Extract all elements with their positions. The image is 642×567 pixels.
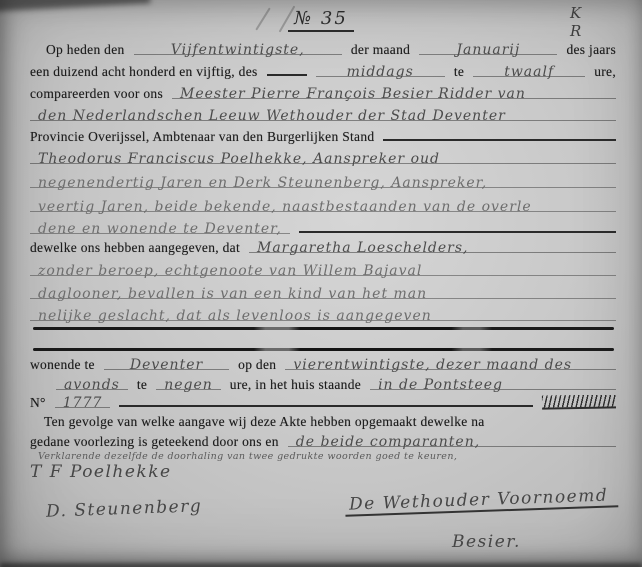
crossed-out-printed-line <box>33 327 614 330</box>
crossed-out-printed-line <box>33 348 614 351</box>
handwritten-official-name: Meester Pierre François Besier Ridder va… <box>172 86 616 102</box>
form-line-time-house: avonds te negen ure, in het huis staande… <box>30 377 616 393</box>
handwritten-stillborn-statement: nelijke geslacht, dat als levenloos is a… <box>30 308 616 324</box>
handwritten-daypart-2: avonds <box>56 377 128 393</box>
handwritten-street: in de Pontsteeg <box>370 377 616 393</box>
blank-rule <box>383 129 616 141</box>
form-line-birth-detail-1: daglooner, bevallen is van een kind van … <box>30 286 616 302</box>
handwritten-hour: twaalf <box>473 64 585 80</box>
handwritten-hour-2: negen <box>156 377 221 393</box>
printed-text: N° <box>30 395 46 411</box>
form-line-declarant-3: veertig Jaren, beide bekende, naastbesta… <box>30 199 616 215</box>
form-line-province: Provincie Overijssel, Ambtenaar van den … <box>30 129 616 145</box>
form-line-official-2: den Nederlandschen Leeuw Wethouder der S… <box>30 108 616 124</box>
handwritten-mother-detail: zonder beroep, echtgenoote van Willem Ba… <box>30 263 616 279</box>
printed-text: ure, in het huis staande <box>230 377 361 393</box>
form-line-closing-2: gedane voorlezing is geteekend door ons … <box>30 434 616 450</box>
form-line-place-date: wonende te Deventer op den vierentwintig… <box>30 357 616 373</box>
printed-text: op den <box>238 357 276 373</box>
handwritten-daypart: middags <box>316 64 445 80</box>
signature-declarant1: T F Poelhekke <box>30 462 172 482</box>
handwritten-correction-note: Verklarende dezelfde de doorhaling van t… <box>30 451 465 462</box>
printed-text: wonende te <box>30 357 95 373</box>
handwritten-mother-name: Margaretha Loeschelders, <box>249 240 616 256</box>
handwritten-event-date: vierentwintigste, dezer maand des <box>285 357 616 373</box>
printed-text: Ten gevolge van welke aangave wij deze A… <box>44 414 485 430</box>
form-line-birth-detail-2: nelijke geslacht, dat als levenloos is a… <box>30 308 616 324</box>
form-line-declaration: dewelke ons hebben aangegeven, dat Marga… <box>30 240 616 256</box>
handwritten-declarant1: Theodorus Franciscus Poelhekke, Aansprek… <box>30 151 616 167</box>
form-line-closing-1: Ten gevolge van welke aangave wij deze A… <box>30 414 616 430</box>
printed-text: compareerden voor ons <box>30 86 163 102</box>
printed-text: Op heden den <box>46 42 125 58</box>
printed-text: een duizend acht honderd en vijftig, des <box>30 64 258 80</box>
blank-rule <box>299 221 616 233</box>
printed-text: ure, <box>594 64 616 80</box>
form-line-mother-detail: zonder beroep, echtgenoote van Willem Ba… <box>30 263 616 279</box>
signature-declarant2: D. Steunenberg <box>46 496 203 521</box>
handwritten-city: Deventer <box>104 357 229 373</box>
form-line-house-number: N° 1777 <box>30 395 616 411</box>
corner-mark: K R <box>570 4 642 40</box>
handwritten-month: Januarij <box>419 42 557 58</box>
printed-text: gedane voorlezing is geteekend door ons … <box>30 434 279 450</box>
scribbled-out-word <box>542 395 616 410</box>
printed-text: Provincie Overijssel, Ambtenaar van den … <box>30 129 374 145</box>
printed-text: der maand <box>351 42 410 58</box>
form-line-declarant-2: negenendertig Jaren en Derk Steunenberg,… <box>30 175 616 191</box>
act-number: № 35 <box>0 8 642 29</box>
handwritten-official-title: den Nederlandschen Leeuw Wethouder der S… <box>30 108 616 124</box>
printed-text: des jaars <box>566 42 616 58</box>
signature-official-title: De Wethouder Voornoemd <box>345 485 619 515</box>
official-title-text: De Wethouder Voornoemd <box>345 485 619 517</box>
handwritten-declarant2: negenendertig Jaren en Derk Steunenberg,… <box>30 175 616 191</box>
printed-text: te <box>454 64 464 80</box>
blank-rule <box>119 395 533 407</box>
handwritten-birth-detail: daglooner, bevallen is van een kind van … <box>30 286 616 302</box>
form-line-year-time: een duizend acht honderd en vijftig, des… <box>30 64 616 80</box>
signature-official-name: Besier. <box>452 532 521 552</box>
printed-text: dewelke ons hebben aangegeven, dat <box>30 240 240 256</box>
form-line-declarant-1: Theodorus Franciscus Poelhekke, Aansprek… <box>30 151 616 167</box>
handwritten-signers: de beide comparanten, <box>288 434 616 450</box>
form-line-marginal-note: Verklarende dezelfde de doorhaling van t… <box>30 451 616 462</box>
handwritten-declarants-ages: veertig Jaren, beide bekende, naastbesta… <box>30 199 616 215</box>
blank-rule <box>267 64 307 76</box>
scanned-civil-registry-act: № 35 K R Op heden den Vijfentwintigste, … <box>0 0 642 567</box>
form-line-official-1: compareerden voor ons Meester Pierre Fra… <box>30 86 616 102</box>
printed-text: te <box>137 377 147 393</box>
handwritten-residence: dene en wonende te Deventer, <box>30 221 290 237</box>
form-line-declarant-4: dene en wonende te Deventer, <box>30 221 616 237</box>
form-line-date: Op heden den Vijfentwintigste, der maand… <box>30 42 616 58</box>
handwritten-house-number: 1777 <box>55 395 111 411</box>
handwritten-day: Vijfentwintigste, <box>134 42 342 58</box>
